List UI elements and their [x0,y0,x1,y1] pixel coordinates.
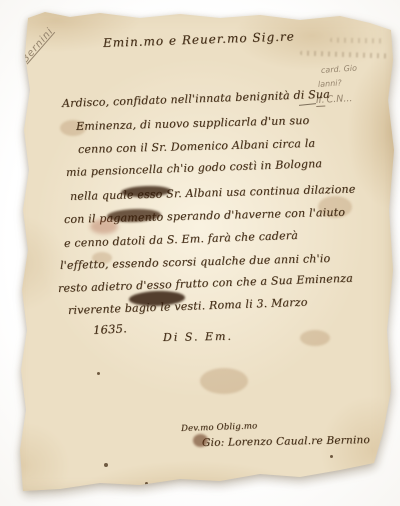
ink-speck [283,477,285,479]
faint-pencil-scribble [300,50,388,58]
body-line: Eminenza, di nuovo supplicarla d'un suo [76,114,310,133]
ink-speck [145,482,148,485]
ink-speck [97,372,100,375]
closing-line: Di S. Em. [163,330,233,344]
ink-speck [358,470,360,472]
ink-speck [120,489,123,491]
body-line: nella quale esso Sr. Albani usa continua… [70,183,356,203]
paper-stain [200,368,248,394]
body-line: riverente bagio le vesti. Roma li 3. Mar… [68,296,308,317]
pencil-side-note-line1: card. Gio [321,63,358,74]
paper-stain [300,330,330,346]
signature-line: Gio: Lorenzo Caual.re Bernino [202,434,370,449]
body-line: mia pensioncella ch'io godo costì in Bol… [66,157,323,179]
body-line: Ardisco, confidato nell'innata benignità… [62,88,330,110]
pencil-code: C.N... [326,93,352,105]
pencil-dash [299,103,316,106]
salutation-line: Emin.mo e Reuer.mo Sig.re [103,29,295,50]
body-line: resto adietro d'esso frutto con che a Su… [58,272,353,295]
red-smudge [90,219,118,234]
photo-backdrop: Bernini card. Gio lanni? II.C.N... Emin.… [0,0,400,506]
manuscript-paper: Bernini card. Gio lanni? II.C.N... Emin.… [0,0,400,506]
signoff-line: Dev.mo Oblig.mo [181,421,258,434]
ink-blot [193,434,208,447]
manuscript-paper-wrap: Bernini card. Gio lanni? II.C.N... Emin.… [0,0,400,506]
pencil-attribution: Bernini [20,26,56,65]
faint-pencil-scribble [330,38,385,44]
ink-speck [104,463,108,467]
body-line: cenno con il Sr. Domenico Albani circa l… [78,137,316,156]
ink-speck [330,455,333,458]
date-line: 1635. [93,321,128,337]
